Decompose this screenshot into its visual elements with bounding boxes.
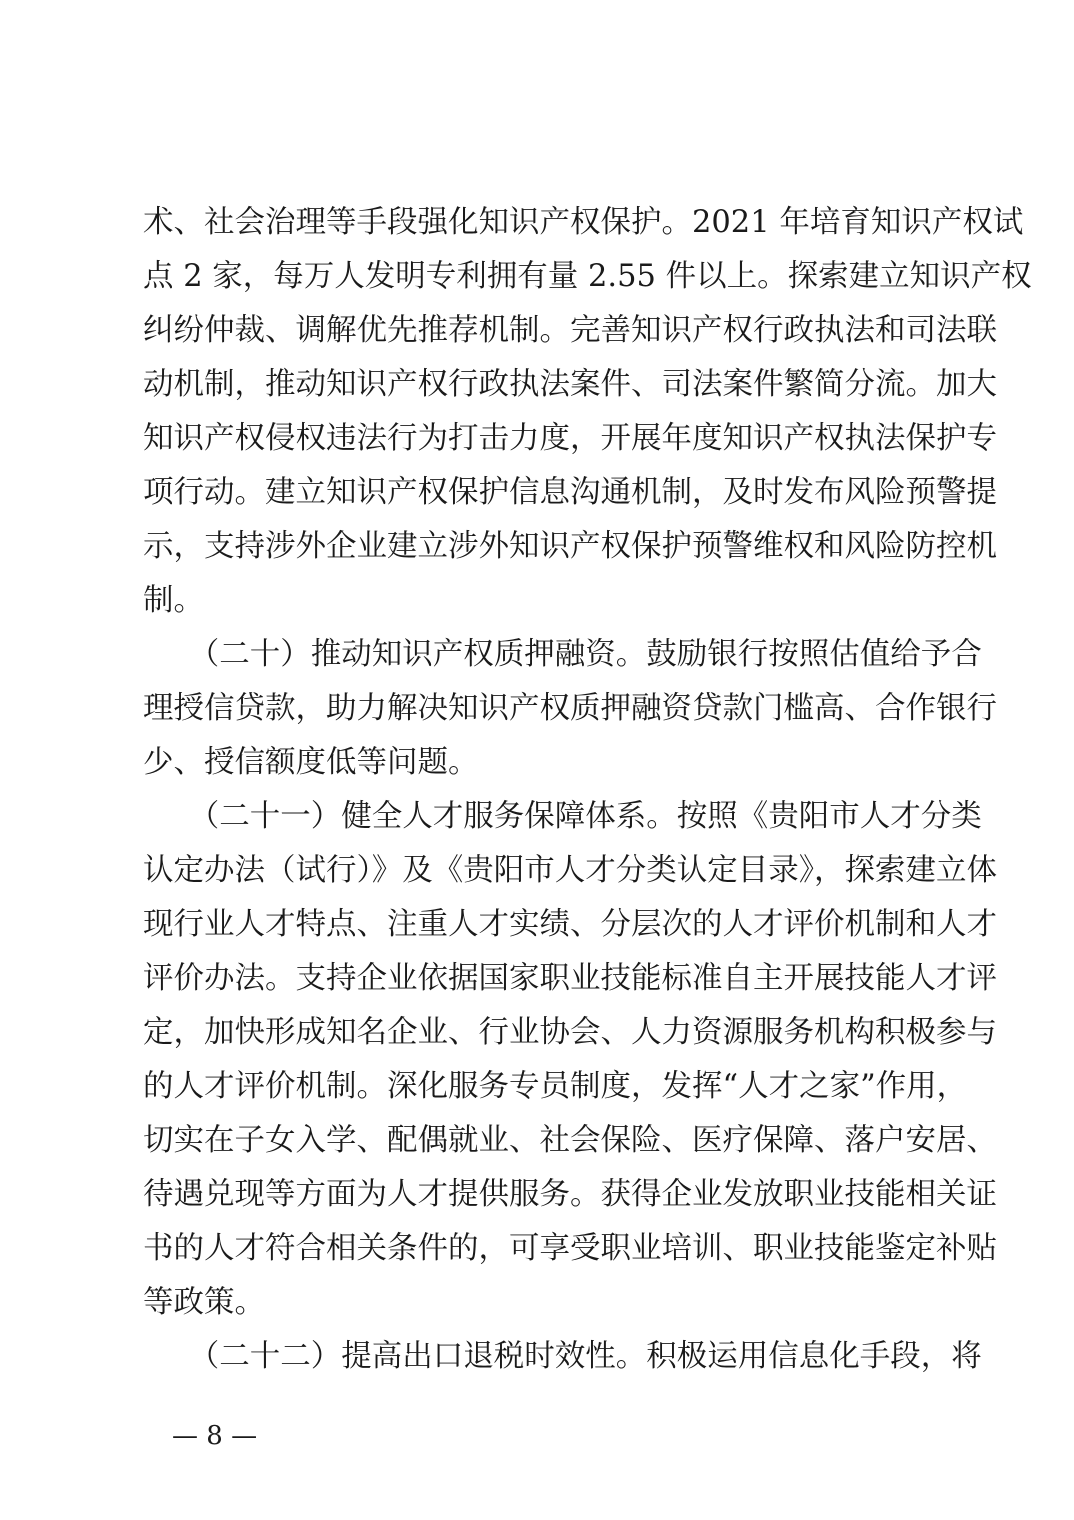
text-line: 制。 [143,574,943,628]
text-line: 理授信贷款，助力解决知识产权质押融资贷款门槛高、合作银行 [143,682,943,736]
text-line: 纠纷仲裁、调解优先推荐机制。完善知识产权行政执法和司法联 [143,304,943,358]
text-line: 定，加快形成知名企业、行业协会、人力资源服务机构积极参与 [143,1006,943,1060]
text-line: 认定办法（试行）》及《贵阳市人才分类认定目录》，探索建立体 [143,844,943,898]
body-text: 术、社会治理等手段强化知识产权保护。2021 年培育知识产权试 点 2 家，每万… [143,196,943,1384]
text-line: 知识产权侵权违法行为打击力度，开展年度知识产权执法保护专 [143,412,943,466]
text-line: 项行动。建立知识产权保护信息沟通机制，及时发布风险预警提 [143,466,943,520]
section-heading-line: （二十）推动知识产权质押融资。鼓励银行按照估值给予合 [143,628,943,682]
text-line: 术、社会治理等手段强化知识产权保护。2021 年培育知识产权试 [143,196,943,250]
text-line: 切实在子女入学、配偶就业、社会保险、医疗保障、落户安居、 [143,1114,943,1168]
document-page: 术、社会治理等手段强化知识产权保护。2021 年培育知识产权试 点 2 家，每万… [0,0,1074,1520]
section-heading-line: （二十二）提高出口退税时效性。积极运用信息化手段，将 [143,1330,943,1384]
text-line: 动机制，推动知识产权行政执法案件、司法案件繁简分流。加大 [143,358,943,412]
text-line: 少、授信额度低等问题。 [143,736,943,790]
page-number: — 8 — [172,1416,257,1456]
text-line: 现行业人才特点、注重人才实绩、分层次的人才评价机制和人才 [143,898,943,952]
text-line: 等政策。 [143,1276,943,1330]
text-line: 示，支持涉外企业建立涉外知识产权保护预警维权和风险防控机 [143,520,943,574]
text-line: 待遇兑现等方面为人才提供服务。获得企业发放职业技能相关证 [143,1168,943,1222]
section-heading-line: （二十一）健全人才服务保障体系。按照《贵阳市人才分类 [143,790,943,844]
text-line: 书的人才符合相关条件的，可享受职业培训、职业技能鉴定补贴 [143,1222,943,1276]
text-line: 的人才评价机制。深化服务专员制度，发挥“人才之家”作用， [143,1060,943,1114]
text-line: 评价办法。支持企业依据国家职业技能标准自主开展技能人才评 [143,952,943,1006]
text-line: 点 2 家，每万人发明专利拥有量 2.55 件以上。探索建立知识产权 [143,250,943,304]
